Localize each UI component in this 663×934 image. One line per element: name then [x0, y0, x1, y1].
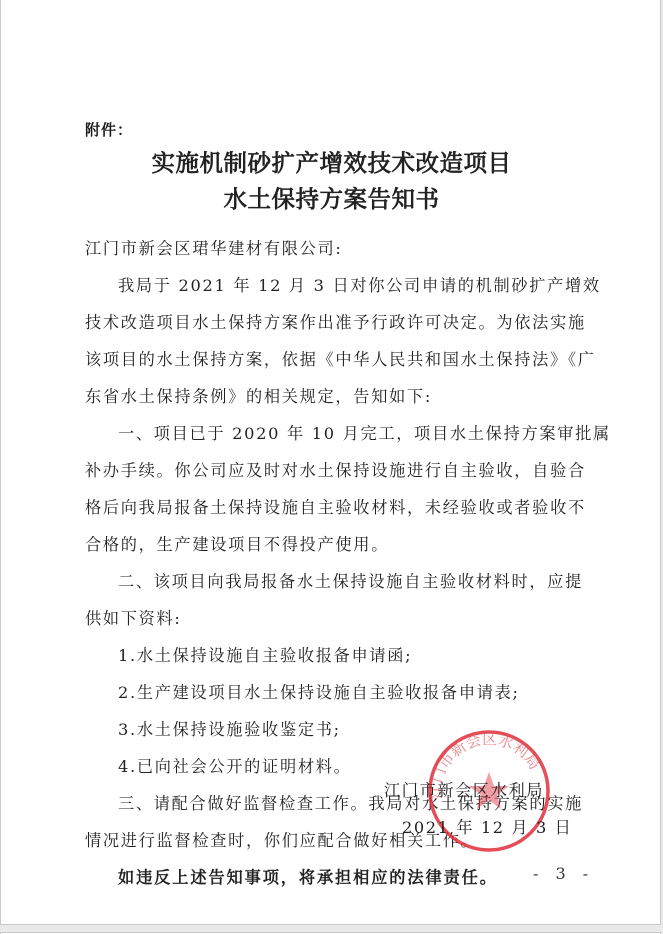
paragraph-2-line: 一、项目已于 2020 年 10 月完工，项目水土保持方案审批属 [85, 415, 591, 452]
paragraph-3-line: 二、该项目向我局报备水土保持设施自主验收材料时，应提 [85, 563, 591, 600]
document-title-line-2: 水土保持方案告知书 [1, 180, 662, 214]
paragraph-1-line: 东省水土保持条例》的相关规定，告知如下: [85, 378, 591, 415]
materials-list-item: 3.水土保持设施验收鉴定书; [85, 711, 591, 748]
paragraph-2-line: 格后向我局报备土保持设施自主验收材料，未经验收或者验收不 [85, 489, 591, 526]
paragraph-1-line: 我局于 2021 年 12 月 3 日对你公司申请的机制砂扩产增效 [85, 267, 591, 304]
paragraph-2-line: 合格的，生产建设项目不得投产使用。 [85, 526, 591, 563]
paragraph-2-line: 补办手续。你公司应及时对水土保持设施进行自主验收，自验合 [85, 452, 591, 489]
legal-warning: 如违反上述告知事项，将承担相应的法律责任。 [85, 859, 591, 896]
paragraph-1-line: 技术改造项目水土保持方案作出准予行政许可决定。为依法实施 [85, 304, 591, 341]
paragraph-1-line: 该项目的水土保持方案，依据《中华人民共和国水土保持法》《广 [85, 341, 591, 378]
issuer-name: 江门市新会区水利局 [384, 777, 544, 801]
issue-date: 2021 年 12 月 3 日 [402, 814, 572, 838]
document-title-line-1: 实施机制砂扩产增效技术改造项目 [1, 144, 662, 178]
addressee: 江门市新会区珺华建材有限公司: [85, 230, 591, 267]
document-page: 附件： 实施机制砂扩产增效技术改造项目 水土保持方案告知书 江门市新会区珺华建材… [0, 0, 661, 925]
attachment-label: 附件： [85, 119, 133, 140]
materials-list-item: 1.水土保持设施自主验收报备申请函; [85, 637, 591, 674]
materials-list-item: 2.生产建设项目水土保持设施自主验收报备申请表; [85, 674, 591, 711]
paragraph-3-line: 供如下资料: [85, 600, 591, 637]
page-number: - 3 - [533, 864, 594, 883]
